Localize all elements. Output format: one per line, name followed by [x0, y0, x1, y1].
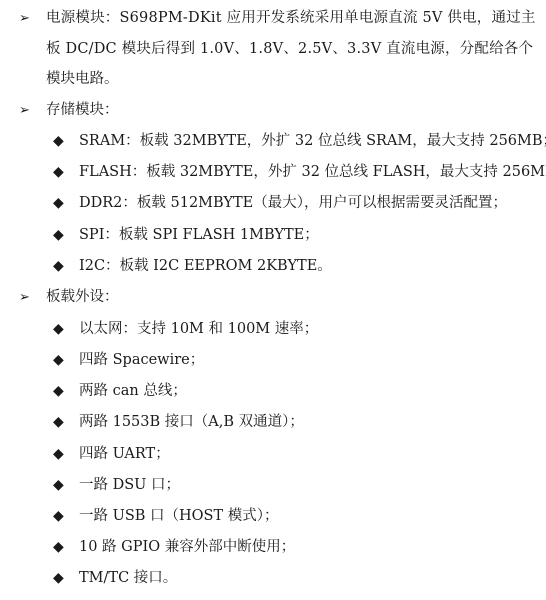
storage-module-heading: 存储模块：	[46, 95, 119, 126]
power-module-line-2: 板 DC/DC 模块后得到 1.0V、1.8V、2.5V、3.3V 直流电源，分…	[46, 34, 533, 65]
storage-item-i2c: I2C：板载 I2C EEPROM 2KBYTE。	[79, 251, 332, 282]
storage-item-spi: SPI：板载 SPI FLASH 1MBYTE；	[79, 220, 319, 251]
diamond-bullet-icon: ◆	[53, 376, 67, 407]
peripheral-item-can: 两路 can 总线；	[79, 376, 187, 407]
peripheral-item-ethernet: 以太网：支持 10M 和 100M 速率；	[79, 314, 318, 345]
diamond-bullet-icon: ◆	[53, 220, 67, 251]
peripheral-item-spacewire: 四路 Spacewire；	[79, 345, 204, 376]
diamond-bullet-icon: ◆	[53, 188, 67, 219]
peripheral-item-tmtc: TM/TC 接口。	[79, 563, 177, 594]
storage-item-sram: SRAM：板载 32MBYTE，外扩 32 位总线 SRAM，最大支持 256M…	[79, 126, 546, 157]
diamond-bullet-icon: ◆	[53, 563, 67, 594]
storage-item-ddr2: DDR2：板载 512MBYTE（最大），用户可以根据需要灵活配置；	[79, 188, 507, 219]
diamond-bullet-icon: ◆	[53, 470, 67, 501]
diamond-bullet-icon: ◆	[53, 345, 67, 376]
diamond-bullet-icon: ◆	[53, 314, 67, 345]
storage-item-flash: FLASH：板载 32MBYTE，外扩 32 位总线 FLASH，最大支持 25…	[79, 157, 546, 188]
arrow-bullet-icon: ➢	[19, 95, 33, 126]
diamond-bullet-icon: ◆	[53, 439, 67, 470]
diamond-bullet-icon: ◆	[53, 251, 67, 282]
diamond-bullet-icon: ◆	[53, 126, 67, 157]
diamond-bullet-icon: ◆	[53, 532, 67, 563]
peripheral-item-uart: 四路 UART；	[79, 439, 170, 470]
peripheral-item-gpio: 10 路 GPIO 兼容外部中断使用；	[79, 532, 295, 563]
arrow-bullet-icon: ➢	[19, 282, 33, 313]
peripheral-item-usb: 一路 USB 口（HOST 模式）；	[79, 501, 279, 532]
peripheral-item-1553b: 两路 1553B 接口（A,B 双通道）；	[79, 407, 304, 438]
diamond-bullet-icon: ◆	[53, 501, 67, 532]
peripheral-item-dsu: 一路 DSU 口；	[79, 470, 180, 501]
diamond-bullet-icon: ◆	[53, 157, 67, 188]
peripherals-heading: 板载外设：	[46, 282, 119, 313]
power-module-line-1: 电源模块：S698PM-DKit 应用开发系统采用单电源直流 5V 供电，通过主	[46, 3, 536, 34]
arrow-bullet-icon: ➢	[19, 3, 33, 34]
power-module-line-3: 模块电路。	[46, 64, 119, 95]
diamond-bullet-icon: ◆	[53, 407, 67, 438]
